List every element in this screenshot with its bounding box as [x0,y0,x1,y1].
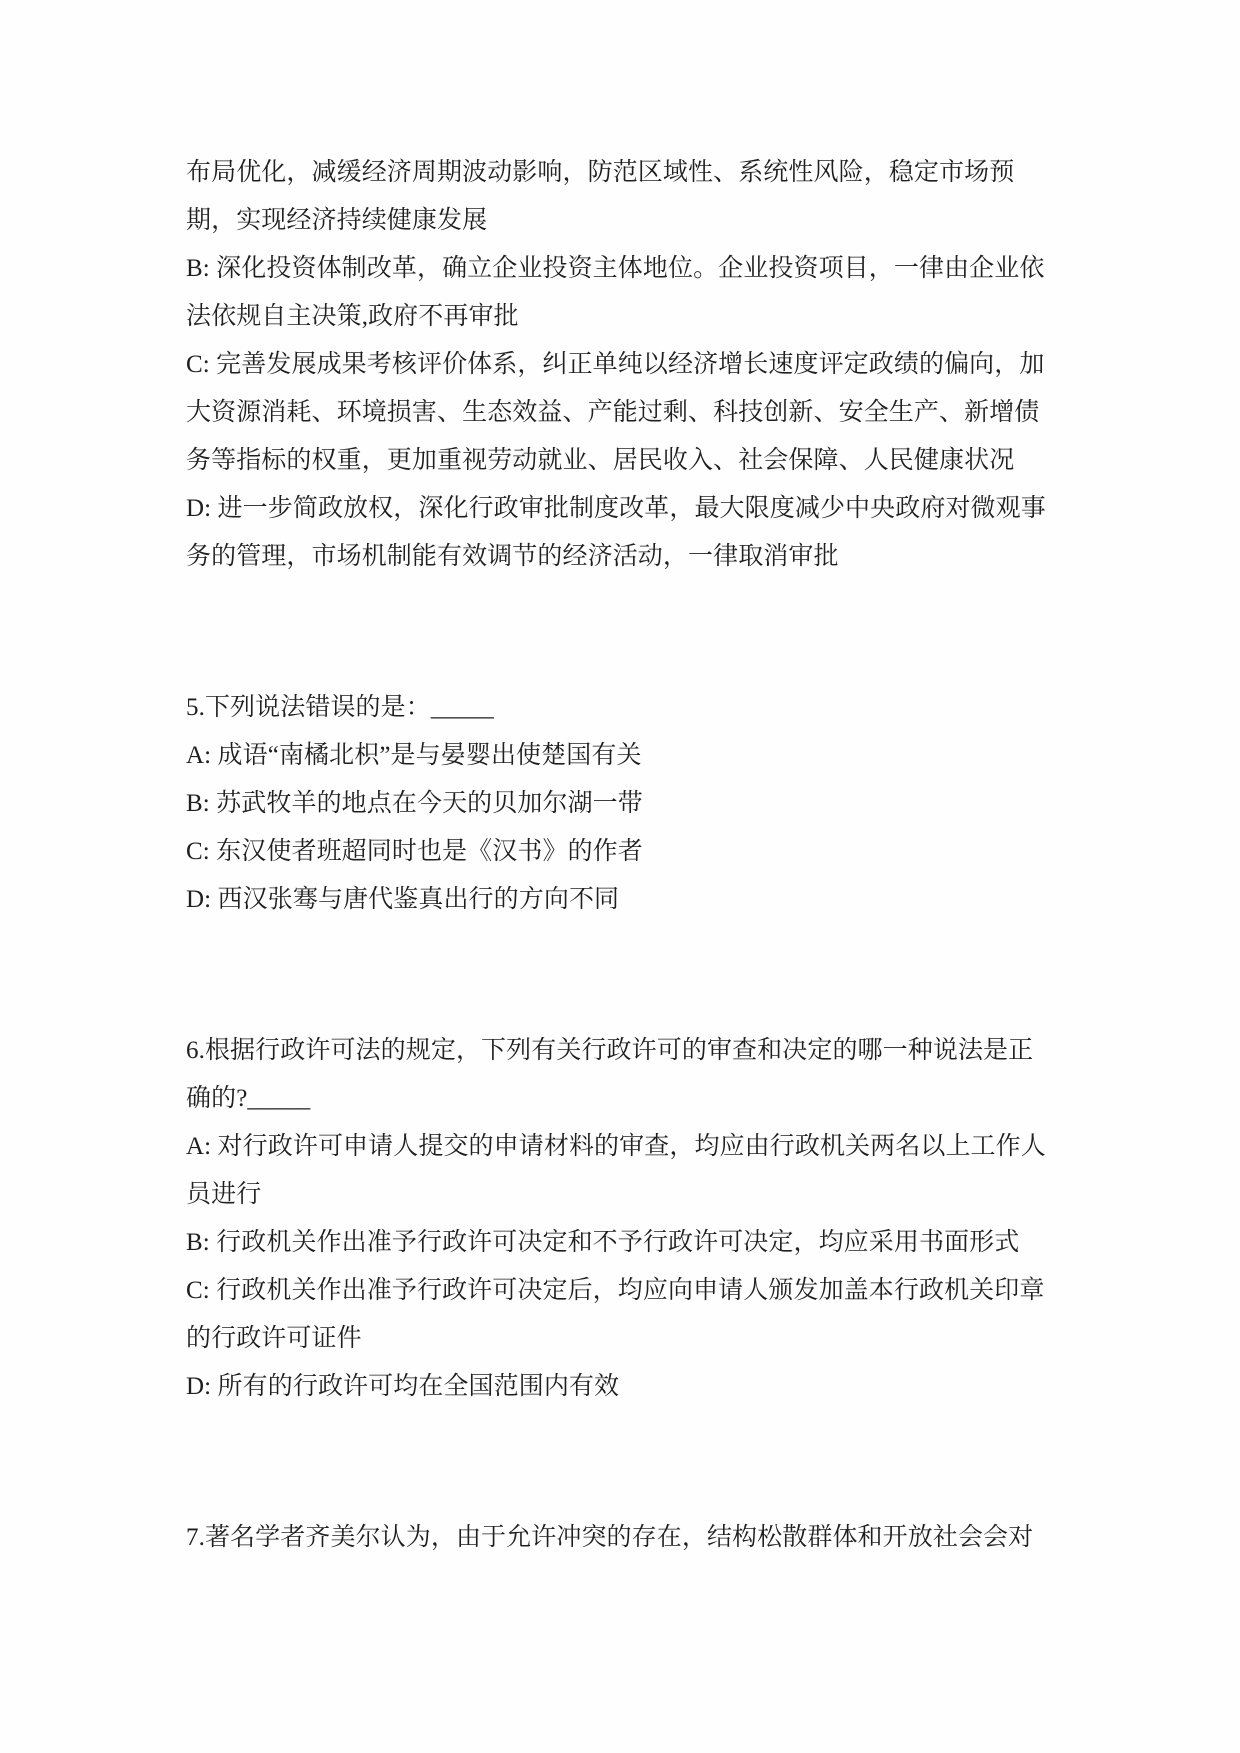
q4-option-a-wrap-line-2: 期，实现经济持续健康发展 [186,197,1066,245]
q5-option-a: A: 成语“南橘北枳”是与晏婴出使楚国有关 [186,732,1066,780]
page-text-content: 布局优化，减缓经济周期波动影响，防范区域性、系统性风险，稳定市场预 期，实现经济… [186,149,1066,1562]
q4-option-b-line-2: 法依规自主决策,政府不再审批 [186,293,1066,341]
q6-option-a-line-2: 员进行 [186,1171,1066,1219]
question-5: 5.下列说法错误的是：_____ A: 成语“南橘北枳”是与晏婴出使楚国有关 B… [186,684,1066,924]
q4-option-a-wrap-line-1: 布局优化，减缓经济周期波动影响，防范区域性、系统性风险，稳定市场预 [186,149,1066,197]
question-6: 6.根据行政许可法的规定，下列有关行政许可的审查和决定的哪一种说法是正 确的?_… [186,1027,1066,1411]
q6-stem-line-1: 6.根据行政许可法的规定，下列有关行政许可的审查和决定的哪一种说法是正 [186,1027,1066,1075]
exam-document-page: 布局优化，减缓经济周期波动影响，防范区域性、系统性风险，稳定市场预 期，实现经济… [0,0,1240,1753]
q5-option-d: D: 西汉张骞与唐代鉴真出行的方向不同 [186,876,1066,924]
q5-option-c: C: 东汉使者班超同时也是《汉书》的作者 [186,828,1066,876]
q5-stem: 5.下列说法错误的是：_____ [186,684,1066,732]
q4-option-c-line-1: C: 完善发展成果考核评价体系，纠正单纯以经济增长速度评定政绩的偏向，加 [186,341,1066,389]
q7-stem-line-1: 7.著名学者齐美尔认为，由于允许冲突的存在，结构松散群体和开放社会会对 [186,1514,1066,1562]
q6-option-b: B: 行政机关作出准予行政许可决定和不予行政许可决定，均应采用书面形式 [186,1219,1066,1267]
q6-option-a-line-1: A: 对行政许可申请人提交的申请材料的审查，均应由行政机关两名以上工作人 [186,1123,1066,1171]
q6-option-c-line-2: 的行政许可证件 [186,1315,1066,1363]
question-7: 7.著名学者齐美尔认为，由于允许冲突的存在，结构松散群体和开放社会会对 [186,1514,1066,1562]
q4-option-d-line-1: D: 进一步简政放权，深化行政审批制度改革，最大限度减少中央政府对微观事 [186,485,1066,533]
q4-option-c-line-2: 大资源消耗、环境损害、生态效益、产能过剩、科技创新、安全生产、新增债 [186,389,1066,437]
q6-stem-line-2: 确的?_____ [186,1075,1066,1123]
q5-option-b: B: 苏武牧羊的地点在今天的贝加尔湖一带 [186,780,1066,828]
question-4-continuation: 布局优化，减缓经济周期波动影响，防范区域性、系统性风险，稳定市场预 期，实现经济… [186,149,1066,581]
q6-option-c-line-1: C: 行政机关作出准予行政许可决定后，均应向申请人颁发加盖本行政机关印章 [186,1267,1066,1315]
q4-option-b-line-1: B: 深化投资体制改革，确立企业投资主体地位。企业投资项目，一律由企业依 [186,245,1066,293]
q4-option-d-line-2: 务的管理，市场机制能有效调节的经济活动，一律取消审批 [186,533,1066,581]
q6-option-d: D: 所有的行政许可均在全国范围内有效 [186,1363,1066,1411]
q4-option-c-line-3: 务等指标的权重，更加重视劳动就业、居民收入、社会保障、人民健康状况 [186,437,1066,485]
